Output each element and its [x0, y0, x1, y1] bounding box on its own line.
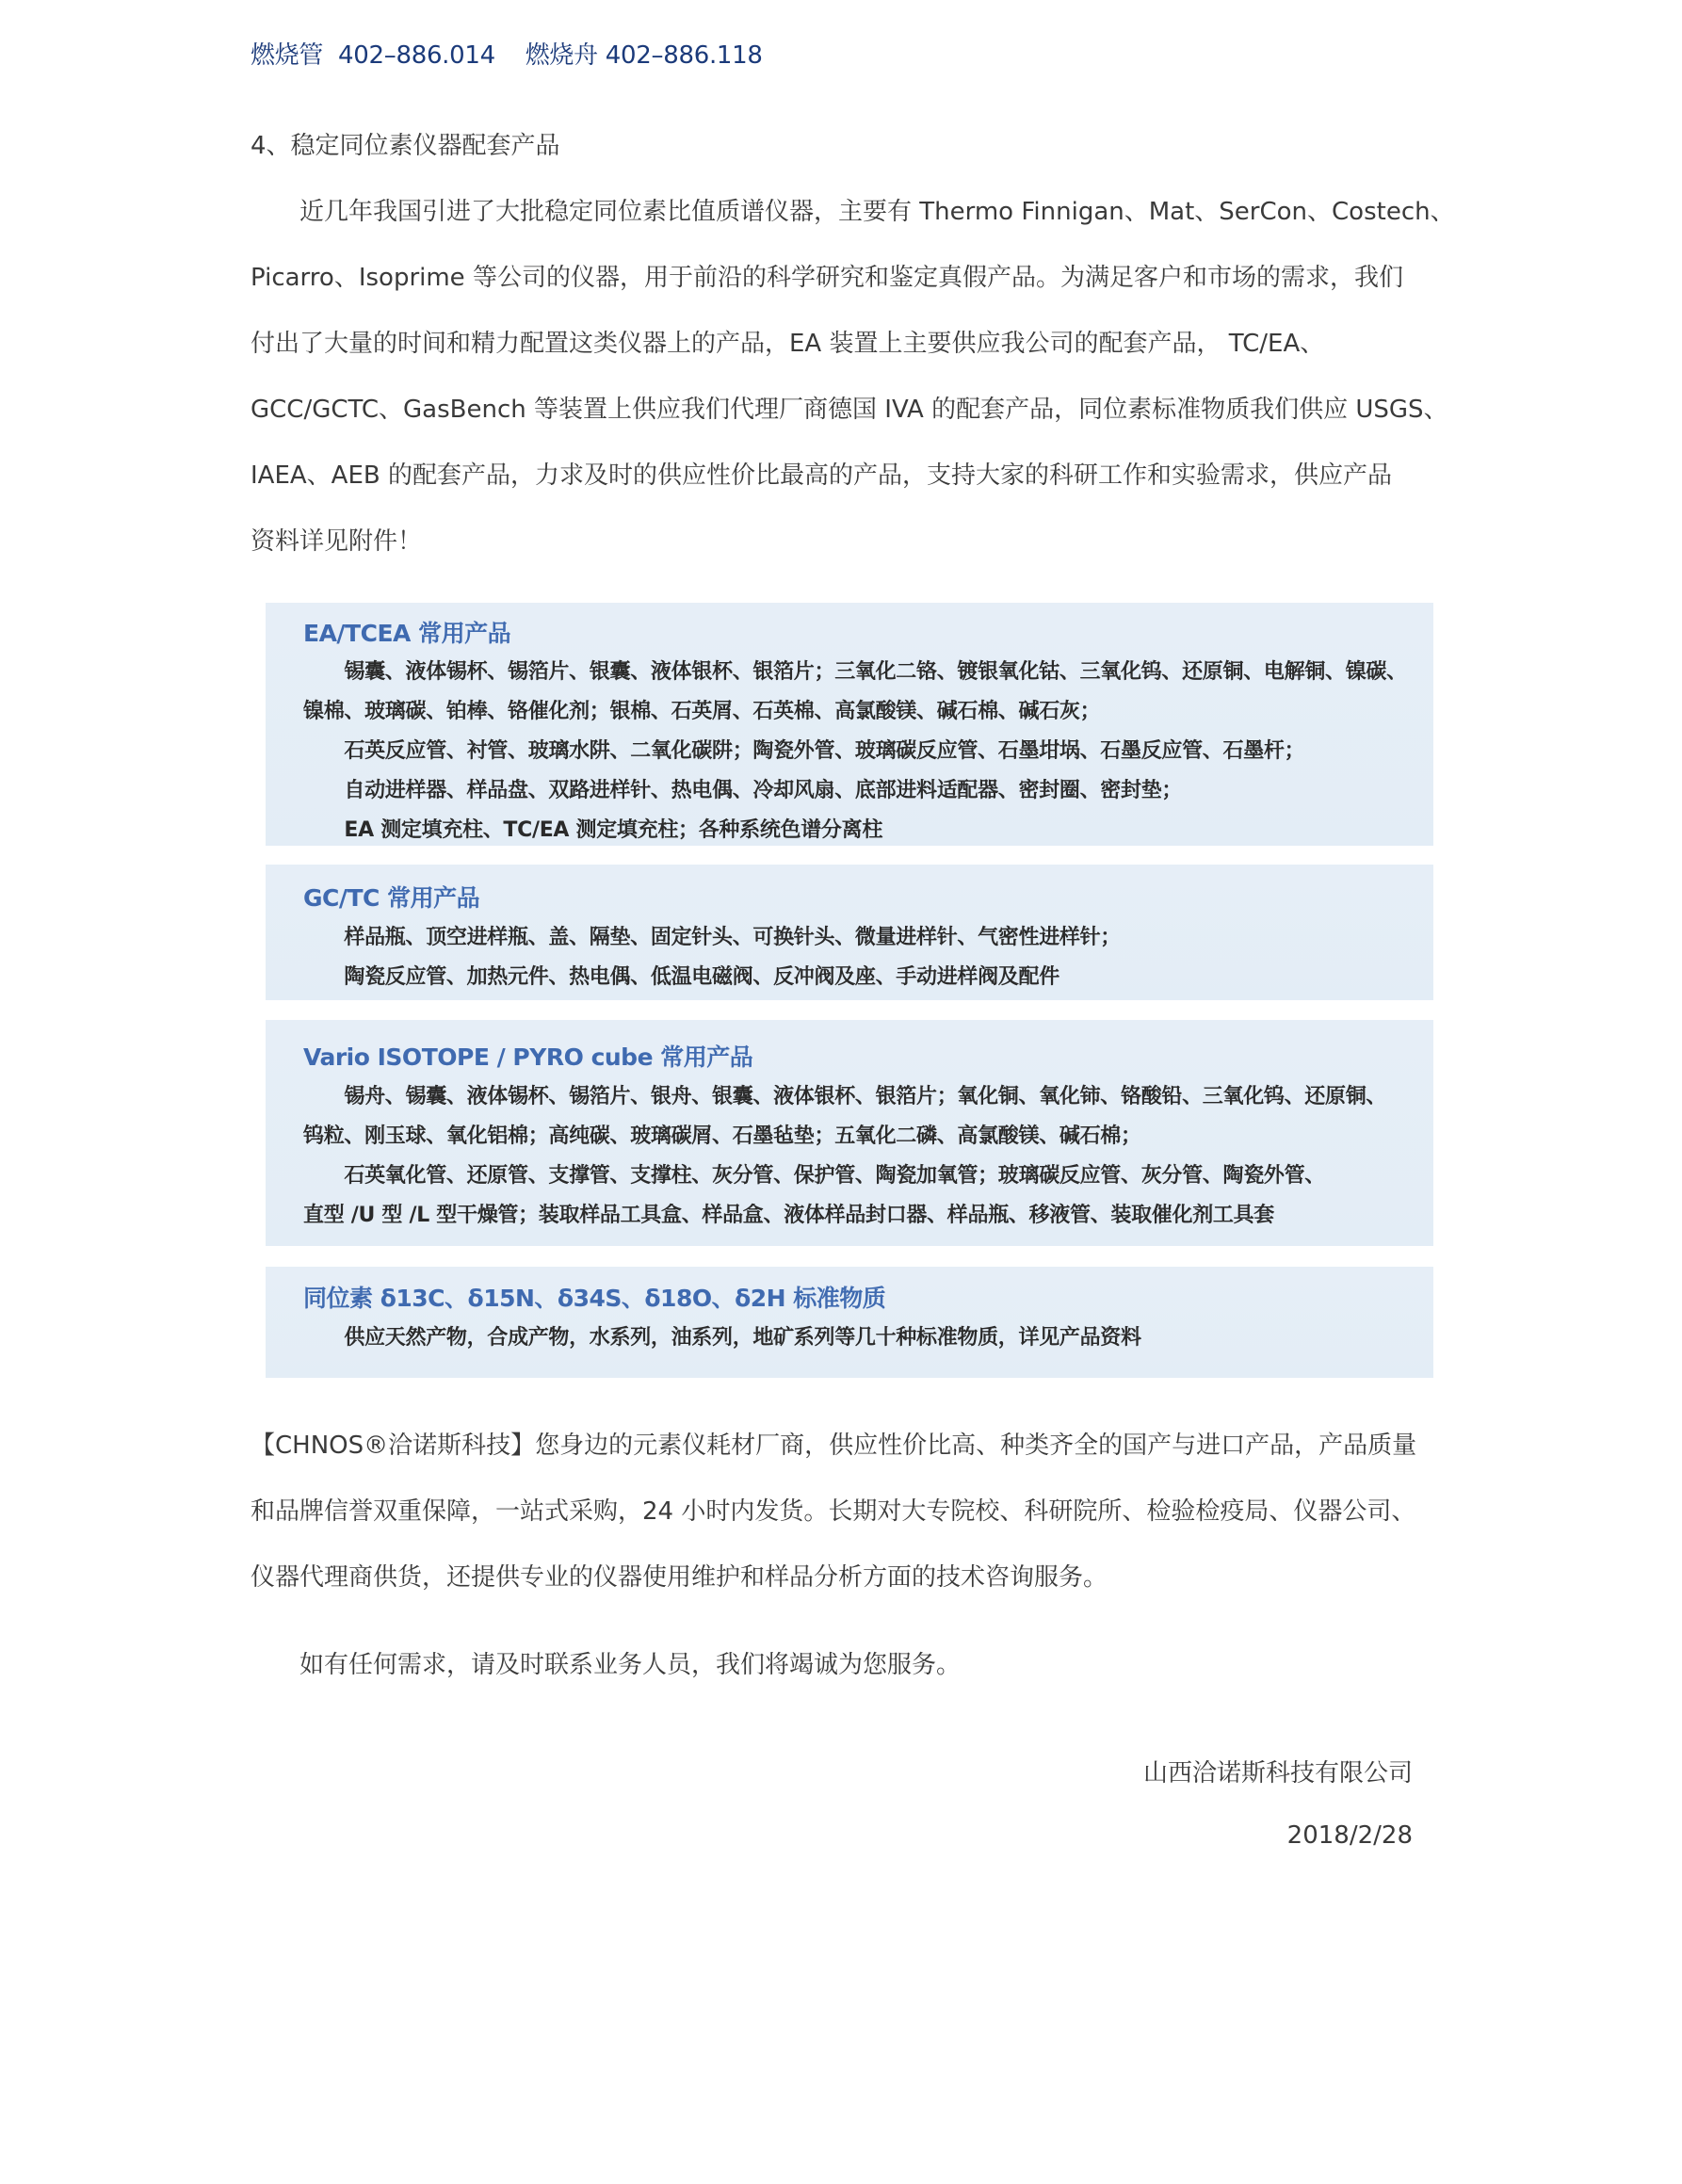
company-line: 【CHNOS®洽诺斯科技】您身边的元素仪耗材厂商，供应性价比高、种类齐全的国产与… — [251, 1427, 1416, 1464]
product-line: 石英氧化管、还原管、支撑管、支撑柱、灰分管、保护管、陶瓷加氧管；玻璃碳反应管、灰… — [303, 1159, 1325, 1189]
product-line: 自动进样器、样品盘、双路进样针、热电偶、冷却风扇、底部进料适配器、密封圈、密封垫… — [303, 774, 1182, 803]
product-line: 石英反应管、衬管、玻璃水阱、二氧化碳阱；陶瓷外管、玻璃碳反应管、石墨坩埚、石墨反… — [303, 735, 1304, 764]
product-line: 镍棉、玻璃碳、铂棒、铬催化剂；银棉、石英屑、石英棉、高氯酸镁、碱石棉、碱石灰； — [303, 695, 1100, 724]
intro-line: Picarro、Isoprime 等公司的仪器，用于前沿的科学研究和鉴定真假产品… — [251, 259, 1403, 297]
section-title: 4、稳定同位素仪器配套产品 — [251, 126, 560, 161]
product-catalog-panel: EA/TCEA 常用产品 锡囊、液体锡杯、锡箔片、银囊、液体银杯、银箔片；三氧化… — [266, 603, 1433, 1378]
product-line: 钨粒、刚玉球、氧化铝棉；高纯碳、玻璃碳屑、石墨毡垫；五氧化二磷、高氯酸镁、碱石棉… — [303, 1120, 1141, 1149]
product-section-ea-tcea: EA/TCEA 常用产品 锡囊、液体锡杯、锡箔片、银囊、液体银杯、银箔片；三氧化… — [266, 603, 1433, 846]
company-line: 和品牌信誉双重保障，一站式采购，24 小时内发货。长期对大专院校、科研院所、检验… — [251, 1493, 1415, 1530]
product-section-title: 同位素 δ13C、δ15N、δ34S、δ18O、δ2H 标准物质 — [303, 1280, 885, 1314]
product-section-title: EA/TCEA 常用产品 — [303, 615, 510, 649]
company-line: 仪器代理商供货，还提供专业的仪器使用维护和样品分析方面的技术咨询服务。 — [251, 1559, 1108, 1596]
product-section-isotope-standards: 同位素 δ13C、δ15N、δ34S、δ18O、δ2H 标准物质 供应天然产物，… — [266, 1267, 1433, 1378]
intro-line: GCC/GCTC、GasBench 等装置上供应我们代理厂商德国 IVA 的配套… — [251, 391, 1448, 429]
product-section-vario-isotope: Vario ISOTOPE / PYRO cube 常用产品 锡舟、锡囊、液体锡… — [266, 1020, 1433, 1246]
signature-company: 山西洽诺斯科技有限公司 — [1143, 1754, 1413, 1788]
header-contact-line: 燃烧管 402–886.014 燃烧舟 402–886.118 — [251, 36, 763, 71]
product-line: EA 测定填充柱、TC/EA 测定填充柱；各种系统色谱分离柱 — [303, 814, 882, 843]
signature-date: 2018/2/28 — [1287, 1821, 1413, 1850]
product-line: 锡囊、液体锡杯、锡箔片、银囊、液体银杯、银箔片；三氧化二铬、镀银氧化钴、三氧化钨… — [303, 655, 1407, 685]
intro-line: 付出了大量的时间和精力配置这类仪器上的产品，EA 装置上主要供应我公司的配套产品… — [251, 325, 1324, 363]
product-line: 陶瓷反应管、加热元件、热电偶、低温电磁阀、反冲阀及座、手动进样阀及配件 — [303, 961, 1059, 990]
product-section-gc-tc: GC/TC 常用产品 样品瓶、顶空进样瓶、盖、隔垫、固定针头、可换针头、微量进样… — [266, 865, 1433, 1000]
product-line: 直型 /U 型 /L 型干燥管；装取样品工具盒、样品盒、液体样品封口器、样品瓶、… — [303, 1199, 1274, 1228]
product-section-title: Vario ISOTOPE / PYRO cube 常用产品 — [303, 1039, 752, 1073]
product-line: 锡舟、锡囊、液体锡杯、锡箔片、银舟、银囊、液体银杯、银箔片；氧化铜、氧化铈、铬酸… — [303, 1080, 1386, 1109]
product-line: 样品瓶、顶空进样瓶、盖、隔垫、固定针头、可换针头、微量进样针、气密性进样针； — [303, 921, 1121, 950]
intro-line: 近几年我国引进了大批稳定同位素比值质谱仪器，主要有 Thermo Finniga… — [251, 193, 1455, 231]
intro-line: IAEA、AEB 的配套产品，力求及时的供应性价比最高的产品，支持大家的科研工作… — [251, 457, 1392, 494]
closing-line: 如有任何需求，请及时联系业务人员，我们将竭诚为您服务。 — [251, 1646, 961, 1684]
intro-line: 资料详见附件！ — [251, 523, 422, 560]
product-section-title: GC/TC 常用产品 — [303, 880, 479, 914]
product-line: 供应天然产物，合成产物，水系列，油系列，地矿系列等几十种标准物质，详见产品资料 — [303, 1321, 1141, 1351]
